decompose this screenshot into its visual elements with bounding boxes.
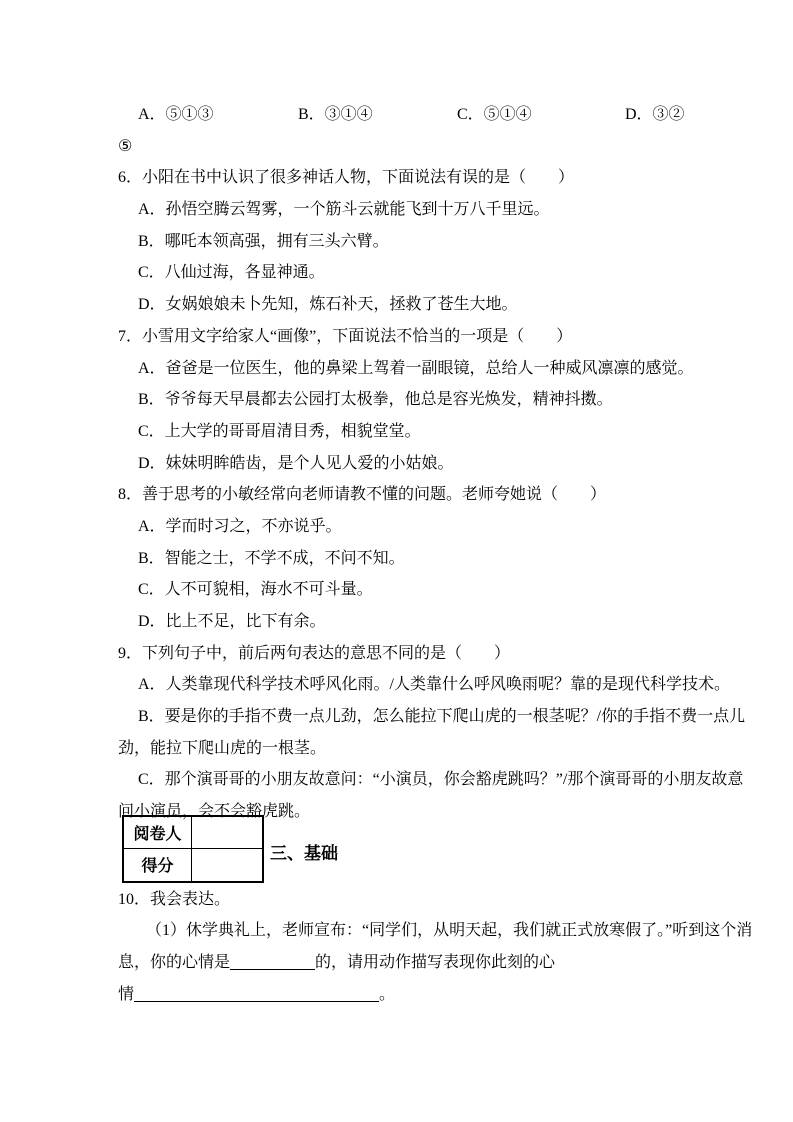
question10-sub1-line1: （1）休学典礼上，老师宣布：“同学们，从明天起，我们就正式放寒假了。”听到这个消 bbox=[118, 915, 693, 947]
choice-a: A．⑤①③ bbox=[138, 99, 214, 131]
q10-line3-suffix: 。 bbox=[379, 986, 395, 1003]
option-line: A．人类靠现代科学技术呼风化雨。/人类靠什么呼风唤雨呢？靠的是现代科学技术。 bbox=[118, 669, 693, 701]
exam-content: A．⑤①③ B．③①④ C．⑤①④ D．③② ⑤ 6．小阳在书中认识了很多神话人… bbox=[0, 0, 793, 1010]
grader-value-cell bbox=[192, 816, 264, 849]
grading-table: 阅卷人 得分 bbox=[122, 815, 264, 883]
choice-c: C．⑤①④ bbox=[457, 99, 532, 131]
question10-sub1-line2: 息，你的心情是的，请用动作描写表现你此刻的心 bbox=[118, 947, 693, 979]
exam-page: A．⑤①③ B．③①④ C．⑤①④ D．③② ⑤ 6．小阳在书中认识了很多神话人… bbox=[0, 0, 793, 1122]
questions-block: 6．小阳在书中认识了很多神话人物，下面说法有误的是（ ）A．孙悟空腾云驾雾，一个… bbox=[118, 162, 693, 827]
option-line: B．爷爷每天早晨都去公园打太极拳，他总是容光焕发，精神抖擞。 bbox=[118, 384, 693, 416]
option-line: A．学而时习之，不亦说乎。 bbox=[118, 511, 693, 543]
question10-sub1-line3: 情。 bbox=[118, 979, 693, 1011]
option-line: C．那个演哥哥的小朋友故意问：“小演员，你会豁虎跳吗？”/那个演哥哥的小朋友故意 bbox=[118, 764, 693, 796]
grader-row: 阅卷人 bbox=[123, 816, 263, 849]
question-stem: 6．小阳在书中认识了很多神话人物，下面说法有误的是（ ） bbox=[118, 162, 693, 194]
q10-line3-prefix: 情 bbox=[118, 986, 134, 1003]
option-line: D．妹妹明眸皓齿，是个人见人爱的小姑娘。 bbox=[118, 448, 693, 480]
option-line: D．女娲娘娘未卜先知，炼石补天，拯救了苍生大地。 bbox=[118, 289, 693, 321]
question-stem: 7．小雪用文字给家人“画像”，下面说法不恰当的一项是（ ） bbox=[118, 321, 693, 353]
question-stem: 8．善于思考的小敏经常向老师请教不懂的问题。老师夸她说（ ） bbox=[118, 479, 693, 511]
question10-stem: 10．我会表达。 bbox=[118, 884, 693, 916]
option-line: B．智能之士，不学不成，不问不知。 bbox=[118, 543, 693, 575]
option-line: C．八仙过海，各显神通。 bbox=[118, 257, 693, 289]
question-stem: 9．下列句子中，前后两句表达的意思不同的是（ ） bbox=[118, 638, 693, 670]
question5-choices-row: A．⑤①③ B．③①④ C．⑤①④ D．③② bbox=[118, 99, 693, 131]
option-line: A．爸爸是一位医生，他的鼻梁上驾着一副眼镜，总给人一种威风凛凛的感觉。 bbox=[118, 353, 693, 385]
option-line: D．比上不足，比下有余。 bbox=[118, 606, 693, 638]
choice-b: B．③①④ bbox=[298, 99, 373, 131]
answer-blank-action bbox=[134, 985, 379, 1002]
option-line-continuation: 劲，能拉下爬山虎的一根茎。 bbox=[118, 733, 693, 765]
q10-line2-suffix: 的，请用动作描写表现你此刻的心 bbox=[315, 954, 555, 971]
score-label: 得分 bbox=[123, 849, 192, 882]
score-row: 得分 bbox=[123, 849, 263, 882]
choice-d: D．③② bbox=[625, 99, 685, 131]
grading-table-block: 阅卷人 得分 三、基础 bbox=[122, 815, 693, 884]
option-line: B．要是你的手指不费一点儿劲，怎么能拉下爬山虎的一根茎呢？/你的手指不费一点儿 bbox=[118, 701, 693, 733]
option-line: B．哪吒本领高强，拥有三头六臂。 bbox=[118, 226, 693, 258]
option-line: C．上大学的哥哥眉清目秀，相貌堂堂。 bbox=[118, 416, 693, 448]
choice-d-wrap-line: ⑤ bbox=[118, 131, 693, 163]
answer-blank-mood bbox=[230, 953, 315, 970]
q10-line2-prefix: 息，你的心情是 bbox=[118, 954, 230, 971]
score-value-cell bbox=[192, 849, 264, 882]
option-line: A．孙悟空腾云驾雾，一个筋斗云就能飞到十万八千里远。 bbox=[118, 194, 693, 226]
option-line: C．人不可貌相，海水不可斗量。 bbox=[118, 574, 693, 606]
section-heading: 三、基础 bbox=[270, 839, 338, 864]
grader-label: 阅卷人 bbox=[123, 816, 192, 849]
